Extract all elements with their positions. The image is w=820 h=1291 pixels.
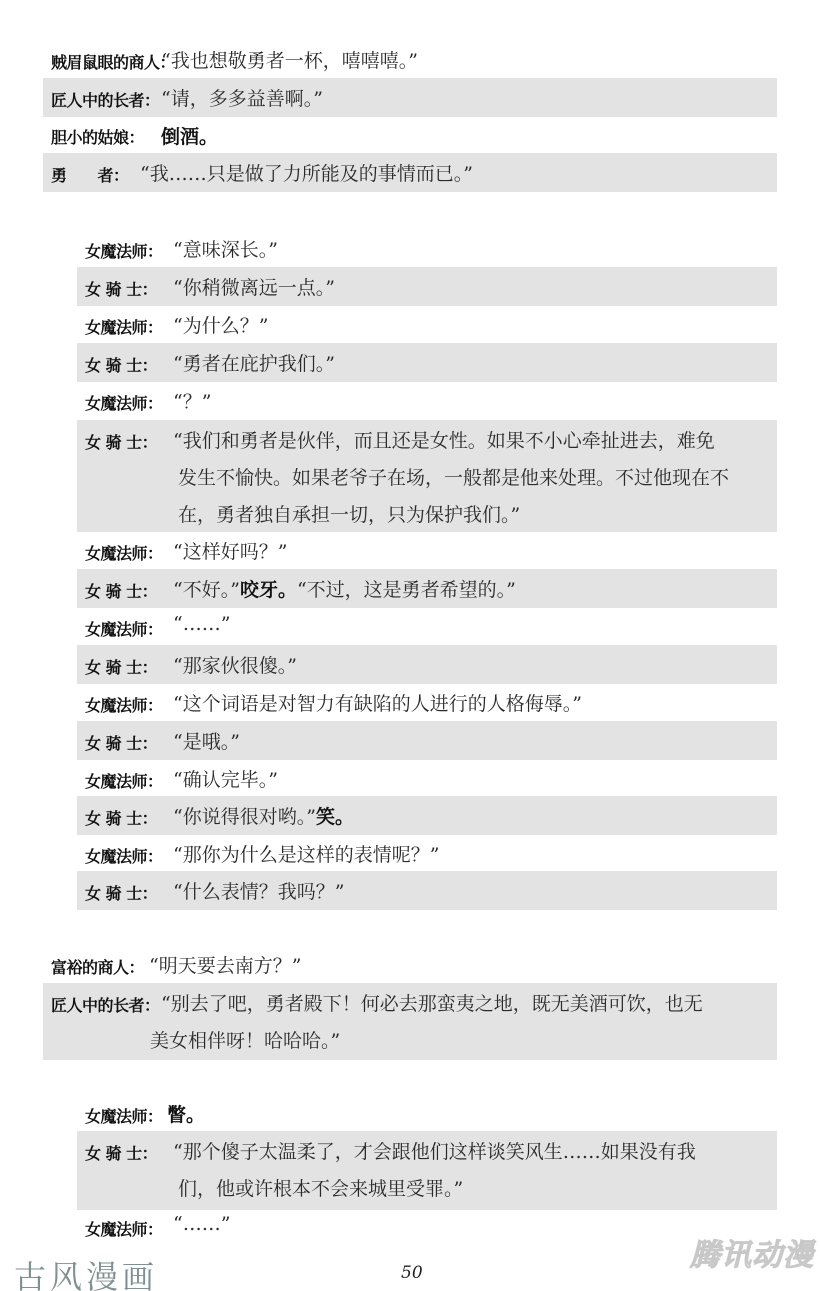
stage-action: 笑。 bbox=[316, 806, 354, 828]
dialogue-text: “你说得很对哟。”笑。 bbox=[173, 802, 354, 829]
dialogue-text-line: 发生不愉快。如果老爷子在场，一般都是他来处理。不过他现在不 bbox=[178, 463, 729, 490]
speaker-label: 胆小的姑娘： bbox=[51, 125, 144, 148]
stage-action: 咬牙。 bbox=[240, 579, 297, 601]
dialogue-text: “那家伙很傻。” bbox=[173, 651, 297, 678]
speaker-label: 女魔法师： bbox=[85, 315, 163, 338]
dialogue-text: “请，多多益善啊。” bbox=[161, 84, 323, 111]
dialogue-row: 女 骑 士： “不好。”咬牙。“不过，这是勇者希望的。” bbox=[77, 569, 777, 608]
speaker-label: 女 骑 士： bbox=[85, 731, 157, 754]
speaker-label: 女魔法师： bbox=[85, 239, 163, 262]
dialogue-text-line: 在，勇者独自承担一切，只为保护我们。” bbox=[178, 500, 520, 527]
dialogue-text: “确认完毕。” bbox=[173, 765, 278, 792]
dialogue-text: “为什么？” bbox=[173, 311, 268, 338]
dialogue-text: “这个词语是对智力有缺陷的人进行的人格侮辱。” bbox=[173, 689, 582, 716]
speaker-label: 女 骑 士： bbox=[85, 430, 157, 453]
dialogue-row-multiline: 女 骑 士： “那个傻子太温柔了，才会跟他们这样谈笑风生……如果没有我 们，他或… bbox=[77, 1131, 777, 1210]
dialogue-text-line: “别去了吧，勇者殿下！何必去那蛮夷之地，既无美酒可饮，也无 bbox=[161, 989, 703, 1016]
dialogue-row: 女 骑 士： “勇者在庇护我们。” bbox=[77, 343, 777, 382]
dialogue-row: 女魔法师： “这个词语是对智力有缺陷的人进行的人格侮辱。” bbox=[77, 684, 777, 721]
dialogue-text: “不好。”咬牙。“不过，这是勇者希望的。” bbox=[173, 575, 516, 602]
stage-action: 瞥。 bbox=[167, 1100, 205, 1127]
speaker-label: 女魔法师： bbox=[85, 541, 163, 564]
dialogue-row-multiline: 匠人中的长者： “别去了吧，勇者殿下！何必去那蛮夷之地，既无美酒可饮，也无 美女… bbox=[43, 983, 777, 1060]
speaker-label: 勇 者： bbox=[51, 163, 129, 186]
speaker-label: 女 骑 士： bbox=[85, 881, 157, 904]
dialogue-row: 女 骑 士： “你稍微离远一点。” bbox=[77, 267, 777, 306]
speaker-label: 富裕的商人： bbox=[51, 955, 144, 978]
speaker-label: 匠人中的长者： bbox=[51, 993, 160, 1016]
speaker-label: 女魔法师： bbox=[85, 693, 163, 716]
dialogue-row: 女 骑 士： “什么表情？我吗？” bbox=[77, 871, 777, 910]
speaker-label: 女 骑 士： bbox=[85, 579, 157, 602]
dialogue-text: “我……只是做了力所能及的事情而已。” bbox=[140, 159, 473, 186]
dialogue-text: “……” bbox=[173, 1213, 230, 1235]
dialogue-row: 女魔法师： “为什么？” bbox=[77, 306, 777, 343]
dialogue-row: 女魔法师： “意味深长。” bbox=[77, 230, 777, 267]
dialogue-row: 勇 者： “我……只是做了力所能及的事情而已。” bbox=[43, 153, 777, 192]
speaker-label: 女魔法师： bbox=[85, 769, 163, 792]
dialogue-text: “明天要去南方？” bbox=[149, 951, 301, 978]
dialogue-row: 女魔法师： “……” bbox=[77, 608, 777, 645]
dialogue-text: “是哦。” bbox=[173, 727, 240, 754]
dialogue-text: “你稍微离远一点。” bbox=[173, 273, 335, 300]
dialogue-row: 贼眉鼠眼的商人： “我也想敬勇者一杯，嘻嘻嘻。” bbox=[43, 42, 777, 78]
dialogue-text-line: 美女相伴呀！哈哈哈。” bbox=[150, 1026, 340, 1053]
watermark-right: 腾讯动漫 bbox=[690, 1230, 814, 1274]
dialogue-row: 女 骑 士： “是哦。” bbox=[77, 721, 777, 760]
speaker-label: 女 骑 士： bbox=[85, 1141, 157, 1164]
speaker-label: 女魔法师： bbox=[85, 617, 163, 640]
dialogue-row: 女魔法师： “这样好吗？” bbox=[77, 532, 777, 569]
dialogue-row: 匠人中的长者： “请，多多益善啊。” bbox=[43, 78, 777, 117]
dialogue-text: “勇者在庇护我们。” bbox=[173, 349, 335, 376]
speaker-label: 匠人中的长者： bbox=[51, 88, 160, 111]
speaker-label: 女 骑 士： bbox=[85, 353, 157, 376]
dialogue-text-line: “我们和勇者是伙伴，而且还是女性。如果不小心牵扯进去，难免 bbox=[173, 426, 715, 453]
dialogue-row: 女 骑 士： “那家伙很傻。” bbox=[77, 645, 777, 684]
speaker-label: 女魔法师： bbox=[85, 844, 163, 867]
stage-action: 倒酒。 bbox=[161, 122, 218, 149]
dialogue-row: 女魔法师： 瞥。 bbox=[77, 1096, 777, 1131]
dialogue-text-line: “那个傻子太温柔了，才会跟他们这样谈笑风生……如果没有我 bbox=[173, 1137, 696, 1164]
dialogue-row: 富裕的商人： “明天要去南方？” bbox=[43, 946, 777, 983]
speaker-label: 女魔法师： bbox=[85, 1104, 163, 1127]
speaker-label: 贼眉鼠眼的商人： bbox=[51, 50, 175, 73]
dialogue-text: “什么表情？我吗？” bbox=[173, 877, 344, 904]
dialogue-row: 胆小的姑娘： 倒酒。 bbox=[43, 117, 777, 153]
dialogue-row-multiline: 女 骑 士： “我们和勇者是伙伴，而且还是女性。如果不小心牵扯进去，难免 发生不… bbox=[77, 420, 777, 532]
speaker-label: 女魔法师： bbox=[85, 1217, 163, 1240]
dialogue-row: 女魔法师： “……” bbox=[77, 1210, 777, 1244]
watermark-left: 古风漫画 bbox=[14, 1252, 158, 1291]
speaker-label: 女 骑 士： bbox=[85, 806, 157, 829]
speaker-label: 女 骑 士： bbox=[85, 655, 157, 678]
dialogue-text: “？” bbox=[173, 387, 211, 414]
speaker-label: 女魔法师： bbox=[85, 391, 163, 414]
dialogue-quote: “你说得很对哟。” bbox=[173, 806, 316, 828]
dialogue-text-line: 们，他或许根本不会来城里受罪。” bbox=[178, 1174, 463, 1201]
dialogue-text: “……” bbox=[173, 613, 230, 635]
dialogue-text: “我也想敬勇者一杯，嘻嘻嘻。” bbox=[161, 46, 418, 73]
dialogue-row: 女 骑 士： “你说得很对哟。”笑。 bbox=[77, 796, 777, 835]
dialogue-text: “那你为什么是这样的表情呢？” bbox=[173, 840, 439, 867]
dialogue-quote: “不好。” bbox=[173, 579, 240, 601]
dialogue-row: 女魔法师： “那你为什么是这样的表情呢？” bbox=[77, 835, 777, 871]
dialogue-quote: “不过，这是勇者希望的。” bbox=[297, 579, 516, 601]
dialogue-row: 女魔法师： “？” bbox=[77, 382, 777, 420]
page-number: 50 bbox=[401, 1263, 423, 1283]
dialogue-text: “意味深长。” bbox=[173, 235, 278, 262]
speaker-label: 女 骑 士： bbox=[85, 277, 157, 300]
dialogue-text: “这样好吗？” bbox=[173, 537, 287, 564]
dialogue-row: 女魔法师： “确认完毕。” bbox=[77, 760, 777, 796]
